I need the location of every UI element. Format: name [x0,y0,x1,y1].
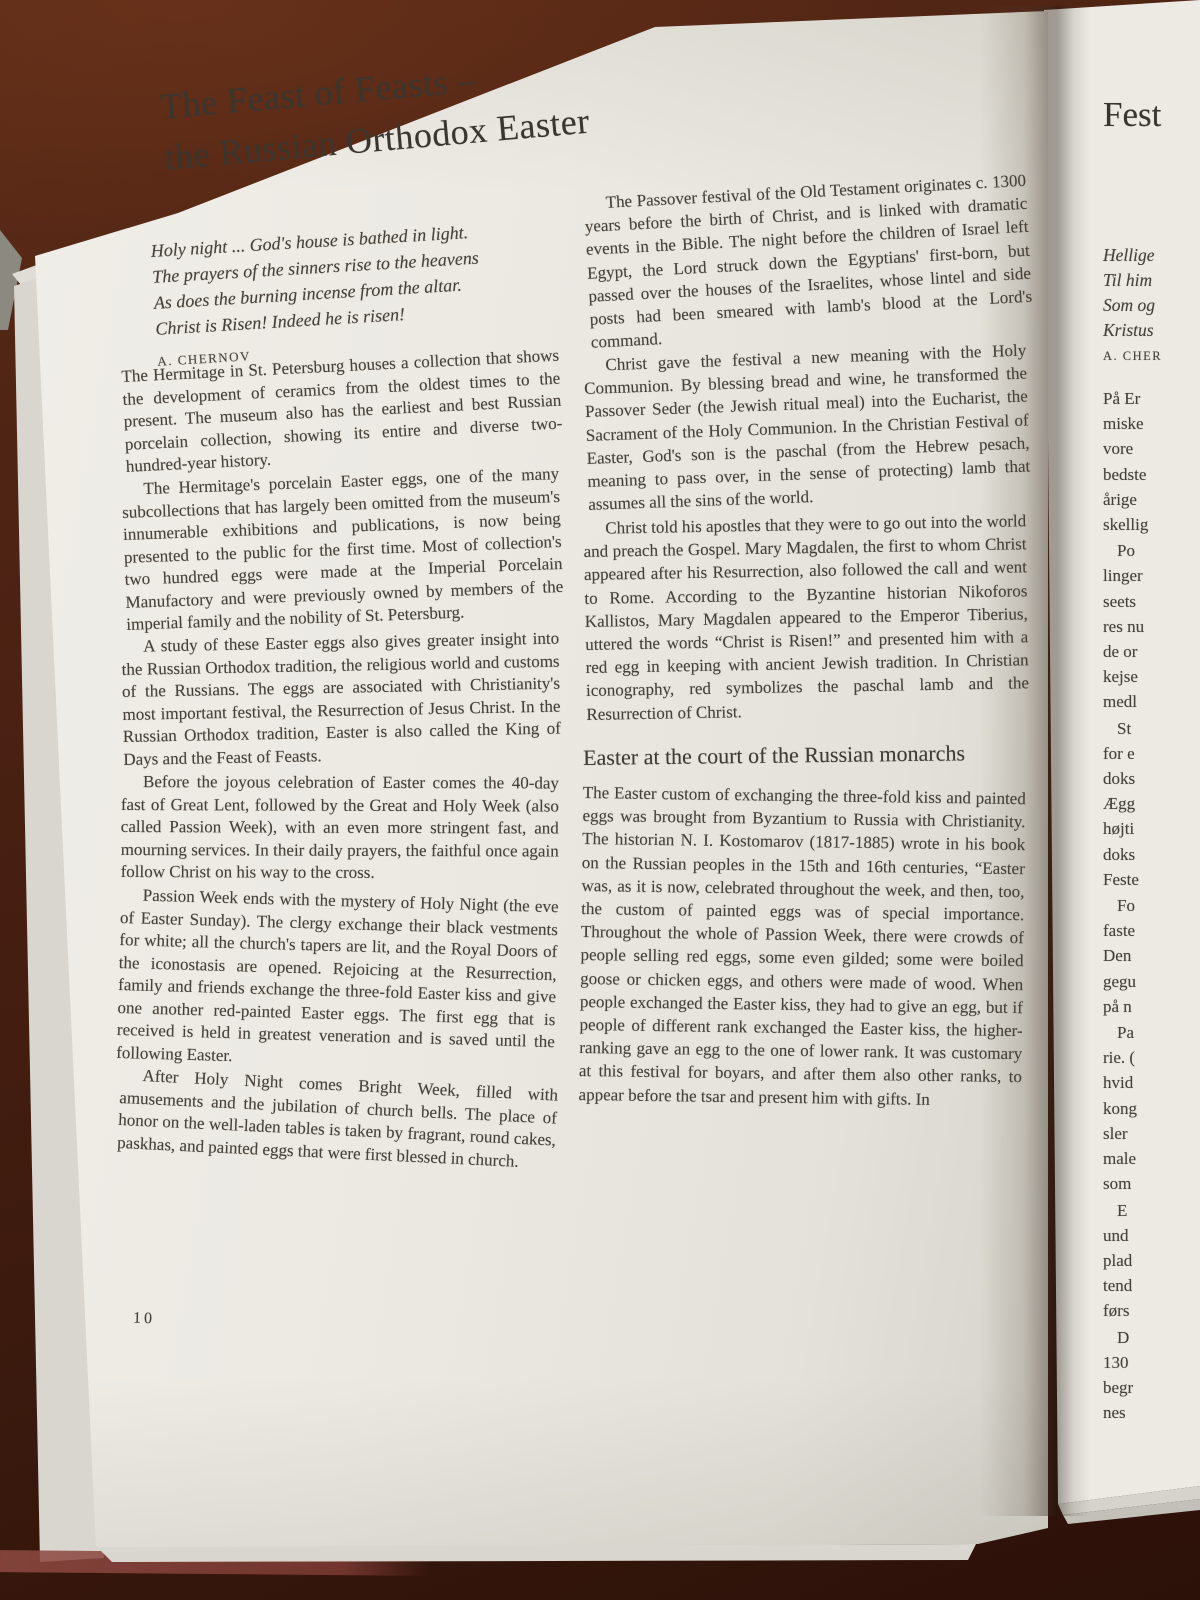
text-fragment-line: Hellige [1103,243,1200,268]
text-fragment-line: rie. ( [1103,1045,1200,1070]
right-page-epigraph-fragments: HelligeTil himSom ogKristus [1103,243,1200,343]
text-fragment-line: St [1103,716,1200,741]
text-fragment-line: På Er [1103,386,1200,411]
text-fragment-line: højti [1103,816,1200,841]
text-fragment-line: 130 [1103,1350,1200,1375]
text-fragment-line: Po [1103,538,1200,563]
text-fragment-line: hvid [1103,1070,1200,1095]
body-paragraph: Christ told his apostles that they were … [583,509,1030,726]
text-fragment-line: som [1103,1171,1200,1196]
right-column: The Passover festival of the Old Testame… [583,192,1026,1106]
text-fragment-line: miske [1103,411,1200,436]
text-fragment-line: Ægg [1103,791,1200,816]
text-fragment-line: res nu [1103,614,1200,639]
text-fragment-line: male [1103,1146,1200,1171]
body-paragraph: A study of these Easter eggs also gives … [121,628,562,771]
text-fragment-line: bedste [1103,462,1200,487]
text-fragment-line: førs [1103,1298,1200,1323]
text-fragment-line: Til him [1103,268,1200,293]
body-paragraph: Christ gave the festival a new meaning w… [583,339,1031,517]
text-fragment-line: nes [1103,1400,1200,1425]
left-column: The Hermitage in St. Petersburg houses a… [121,366,559,1154]
text-fragment-line: Feste [1103,867,1200,892]
right-page-epigraph-attribution: A. CHER [1103,349,1200,364]
body-paragraph: The Easter custom of exchanging the thre… [578,781,1025,1112]
text-fragment-line: und [1103,1223,1200,1248]
text-fragment-line: på n [1103,994,1200,1019]
text-fragment-line: gegu [1103,969,1200,994]
text-fragment-line: medl [1103,689,1200,714]
body-paragraph: The Passover festival of the Old Testame… [583,169,1034,354]
body-paragraph: The Hermitage's porcelain Easter eggs, o… [121,462,564,635]
text-fragment-line: seets [1103,589,1200,614]
body-paragraph: The Hermitage in St. Petersburg houses a… [121,345,564,479]
text-fragment-line: doks [1103,766,1200,791]
text-fragment-line: Den [1103,943,1200,968]
body-paragraph: Before the joyous celebration of Easter … [121,771,559,885]
text-fragment-line: for e [1103,741,1200,766]
text-fragment-line: Som og [1103,293,1200,318]
text-fragment-line: skellig [1103,512,1200,537]
text-fragment-line: kejse [1103,664,1200,689]
text-fragment-line: årige [1103,487,1200,512]
right-page-content: Fest HelligeTil himSom ogKristus A. CHER… [1103,95,1200,1425]
text-fragment-line: vore [1103,436,1200,461]
section-heading: Easter at the court of the Russian monar… [583,740,1026,769]
text-fragment-line: Kristus [1103,318,1200,343]
book-gutter-shadow [980,6,1090,1516]
right-page-title-fragment: Fest [1103,95,1200,135]
text-fragment-line: linger [1103,563,1200,588]
book-photo-scene: Fest HelligeTil himSom ogKristus A. CHER… [0,0,1200,1600]
body-paragraph: Passion Week ends with the mystery of Ho… [116,884,559,1076]
text-fragment-line: kong [1103,1096,1200,1121]
text-fragment-line: de or [1103,639,1200,664]
text-fragment-line: plad [1103,1248,1200,1273]
text-fragment-line: tend [1103,1273,1200,1298]
text-fragment-line: Fo [1103,893,1200,918]
page-number: 10 [133,1310,156,1329]
right-page-body-fragments: På ErmiskevorebedsteårigeskelligPolinger… [1103,386,1200,1425]
text-fragment-line: D [1103,1325,1200,1350]
text-fragment-line: faste [1103,918,1200,943]
text-fragment-line: Pa [1103,1020,1200,1045]
text-fragment-line: E [1103,1198,1200,1223]
text-fragment-line: doks [1103,842,1200,867]
text-fragment-line: begr [1103,1375,1200,1400]
text-fragment-line: sler [1103,1121,1200,1146]
